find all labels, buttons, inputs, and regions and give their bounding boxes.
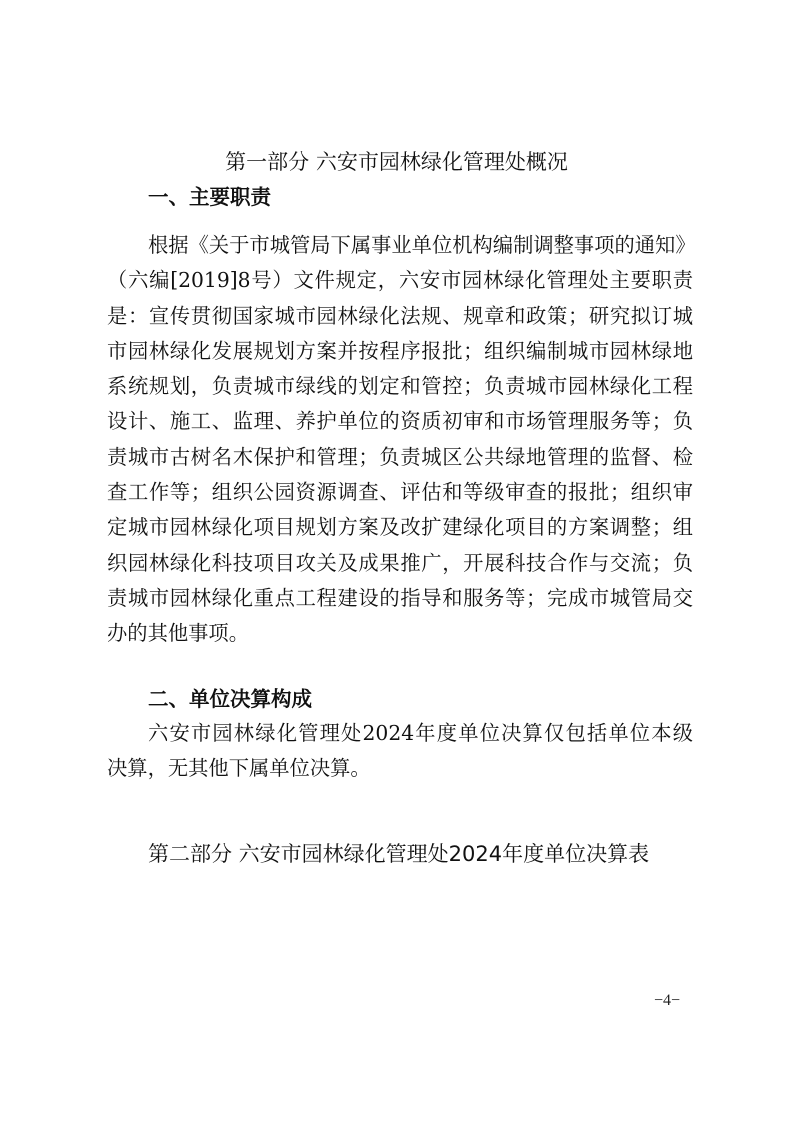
body-line: 系统规划，负责城市绿线的划定和管控；负责城市园林绿化工程 (107, 369, 693, 404)
body-line: 市园林绿化发展规划方案并按程序报批；组织编制城市园林绿地 (107, 334, 693, 369)
section1-heading: 一、主要职责 (148, 180, 271, 210)
part2-title: 第二部分 六安市园林绿化管理处2024年度单位决算表 (148, 838, 649, 868)
body-line: 定城市园林绿化项目规划方案及改扩建绿化项目的方案调整；组 (107, 510, 693, 545)
section1-body: 根据《关于市城管局下属事业单位机构编制调整事项的通知》 （六编[2019]8号）… (107, 228, 693, 652)
body-line: 责城市园林绿化重点工程建设的指导和服务等；完成市城管局交 (107, 581, 693, 616)
body-line: 决算，无其他下属单位决算。 (107, 751, 693, 786)
body-line: 设计、施工、监理、养护单位的资质初审和市场管理服务等；负 (107, 404, 693, 439)
body-line: 责城市古树名木保护和管理；负责城区公共绿地管理的监督、检 (107, 440, 693, 475)
section2-heading: 二、单位决算构成 (148, 682, 312, 712)
body-line: 织园林绿化科技项目攻关及成果推广，开展科技合作与交流；负 (107, 546, 693, 581)
body-line: （六编[2019]8号）文件规定，六安市园林绿化管理处主要职责 (107, 263, 693, 298)
body-line: 根据《关于市城管局下属事业单位机构编制调整事项的通知》 (107, 228, 693, 263)
page-number: −4− (654, 992, 680, 1010)
part1-title: 第一部分 六安市园林绿化管理处概况 (0, 146, 793, 176)
body-line: 是：宣传贯彻国家城市园林绿化法规、规章和政策；研究拟订城 (107, 299, 693, 334)
body-line: 办的其他事项。 (107, 616, 693, 651)
document-page: 第一部分 六安市园林绿化管理处概况 一、主要职责 根据《关于市城管局下属事业单位… (0, 0, 793, 1122)
body-line: 查工作等；组织公园资源调查、评估和等级审查的报批；组织审 (107, 475, 693, 510)
section2-body: 六安市园林绿化管理处2024年度单位决算仅包括单位本级 决算，无其他下属单位决算… (107, 716, 693, 787)
body-line: 六安市园林绿化管理处2024年度单位决算仅包括单位本级 (107, 716, 693, 751)
